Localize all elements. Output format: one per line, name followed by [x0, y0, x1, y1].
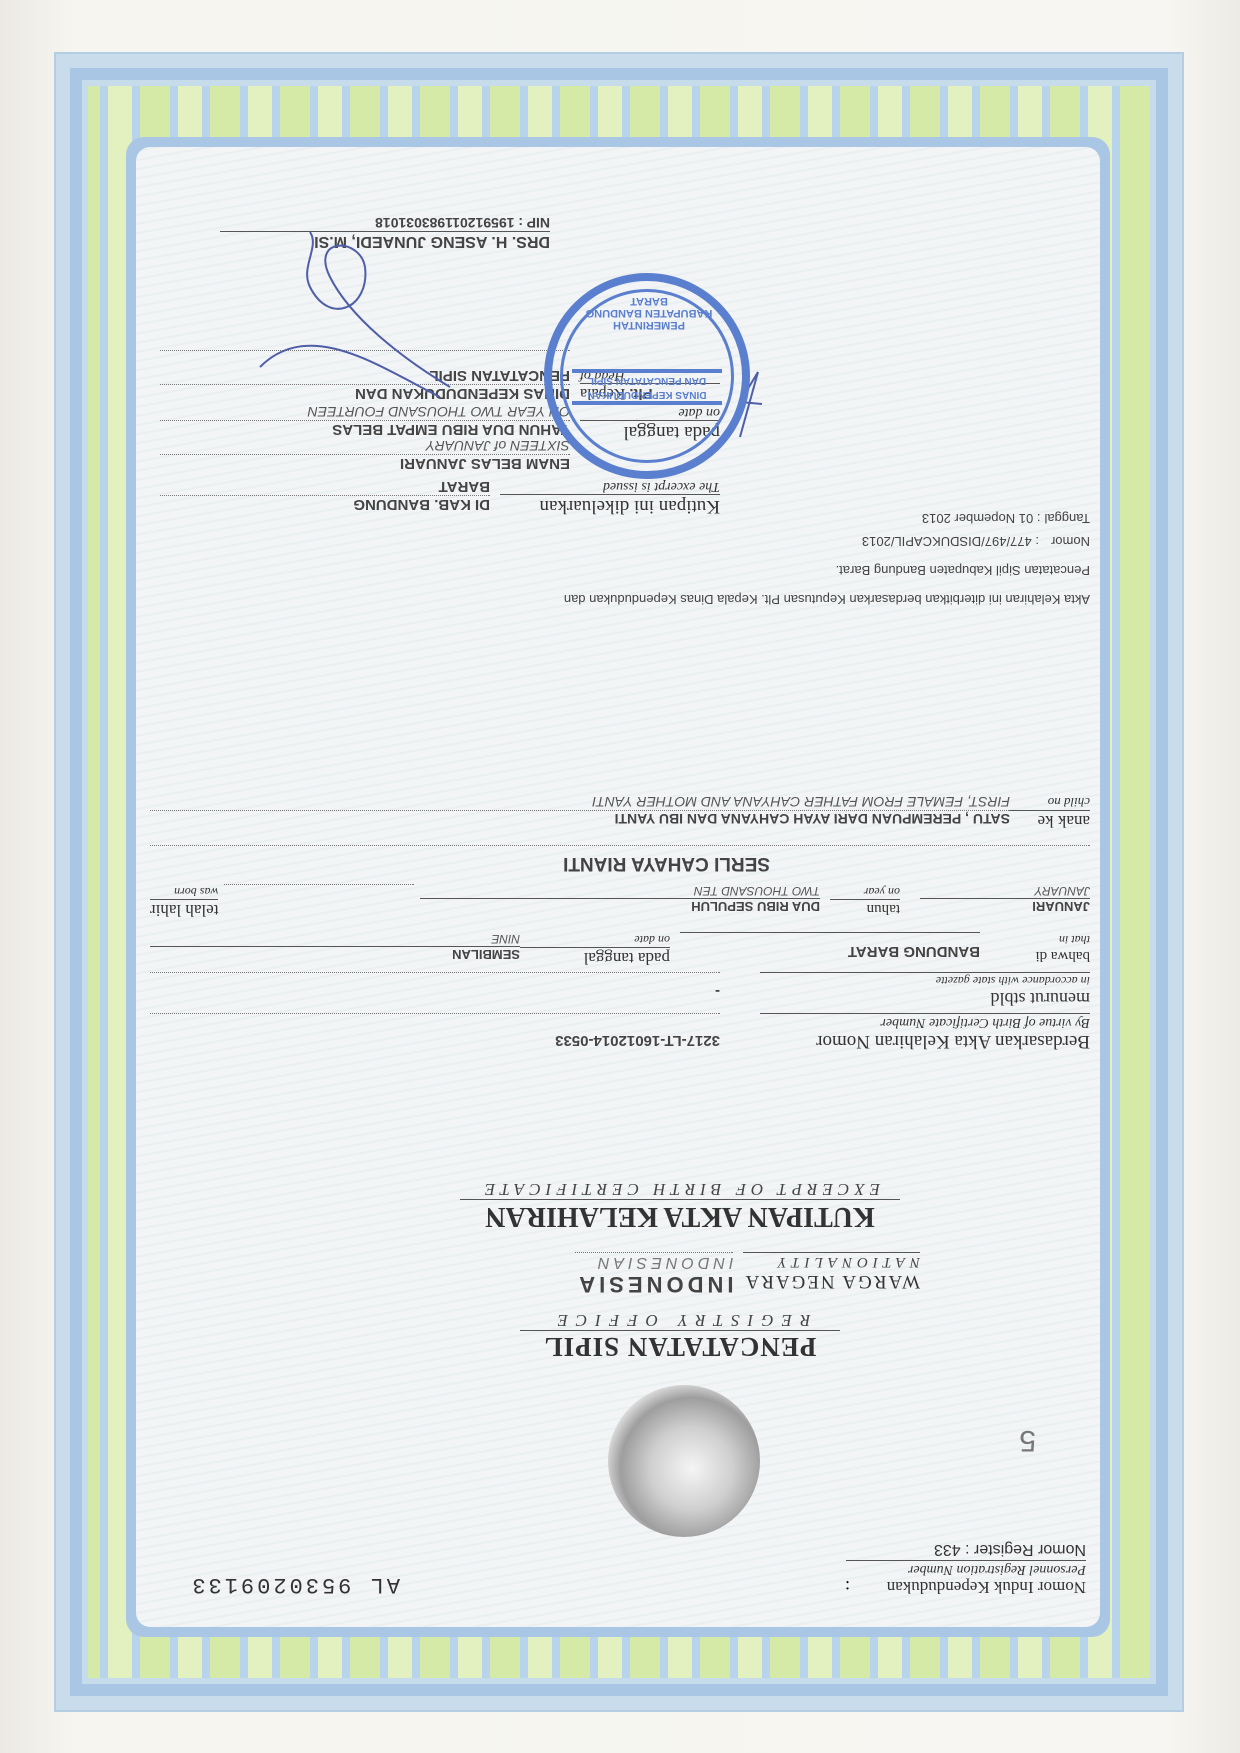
tanggal-label: Tanggal	[1044, 511, 1090, 526]
stamp-center: DINAS KEPENDUDUKAN DAN PENCATATAN SIPIL	[572, 369, 722, 405]
nationality-label: WARGA NEGARA	[743, 1270, 920, 1292]
year-label-en: on year	[830, 884, 900, 900]
serial-number: AL 9530209133	[189, 1572, 400, 1597]
basis-label-en: By virtue of Birth Certificate Number	[760, 1013, 1090, 1030]
born-label: telah lahir	[150, 900, 218, 920]
certificate-page: Nomor Induk Kependudukan Personnel Regis…	[0, 0, 1240, 1752]
decree-number-row: Nomor : 477/497/DISDUKCAPIL/2013	[150, 534, 1090, 549]
basis-row: Berdasarkan Akta Kelahiran Nomor By virt…	[150, 1013, 1090, 1052]
gazette-label: menurut stbld	[720, 988, 1090, 1009]
child-details-en: FIRST, FEMALE FROM FATHER CAHYANA AND MO…	[150, 794, 1010, 810]
handwritten-mark: 5	[1019, 1423, 1036, 1457]
place-label: bahwa di	[980, 947, 1090, 964]
register-number: Nomor Register : 433	[846, 1540, 1086, 1558]
certificate-body: Berdasarkan Akta Kelahiran Nomor By virt…	[150, 794, 1090, 1052]
child-name: SERLI CAHAYA RIANTI	[150, 845, 1090, 874]
year-label: tahun	[830, 900, 900, 917]
gazette-value: -	[150, 972, 720, 1000]
place-label-en: that in	[980, 932, 1090, 947]
country-name: INDONESIA	[575, 1271, 733, 1297]
child-no-row: anak ke child no SATU , PEREMPUAN DARI A…	[150, 794, 1090, 831]
born-label-en: was born	[150, 884, 218, 900]
nationality-block: WARGA NEGARA NATIONALITY INDONESIA INDON…	[440, 1252, 920, 1297]
nationality-label-en: NATIONALITY	[743, 1252, 920, 1270]
month-year-row: JANUARI JANUARY tahun on year DUA RIBU S…	[150, 884, 1090, 920]
birth-month: JANUARI	[920, 898, 1090, 914]
birth-year: DUA RIBU SEPULUH	[420, 898, 820, 914]
nik-label-en: Personnel Registration Number	[846, 1560, 1086, 1577]
certificate-content: Nomor Induk Kependudukan Personnel Regis…	[136, 147, 1100, 1627]
title-block: KUTIPAN AKTA KELAHIRAN EXCERPT OF BIRTH …	[460, 1179, 900, 1232]
birth-year-en: TWO THOUSAND TEN	[420, 884, 820, 898]
gazette-label-en: in accordance with state gazette	[760, 972, 1090, 988]
header-block: PENCATATAN SIPIL REGISTRY OFFICE	[520, 1310, 840, 1362]
signature	[240, 227, 460, 427]
child-details: SATU , PEREMPUAN DARI AYAH CAHYANA DAN I…	[150, 810, 1010, 827]
issued-date: ENAM BELAS JANUARI	[160, 454, 570, 472]
birth-month-en: JANUARY	[920, 884, 1090, 898]
document-title: KUTIPAN AKTA KELAHIRAN	[460, 1200, 900, 1232]
office-title: PENCATATAN SIPIL	[520, 1331, 840, 1362]
birth-day-en: NINE	[150, 932, 520, 946]
nomor-value: : 477/497/DISDUKCAPIL/2013	[862, 534, 1039, 549]
nik-label: Nomor Induk Kependudukan	[846, 1577, 1086, 1597]
basis-label: Berdasarkan Akta Kelahiran Nomor	[720, 1030, 1090, 1052]
birth-place: BANDUNG BARAT	[680, 932, 980, 960]
decree-line-1: Akta Kelahiran ini diterbitkan berdasark…	[150, 592, 1090, 607]
nationality-value: INDONESIAN	[575, 1252, 733, 1271]
birth-day: SEMBILAN	[150, 946, 520, 962]
place-date-row: bahwa di that in BANDUNG BARAT pada tang…	[150, 932, 1090, 968]
personal-registration-block: Nomor Induk Kependudukan Personnel Regis…	[846, 1540, 1086, 1597]
child-no-label-en: child no	[1010, 794, 1090, 811]
office-title-en: REGISTRY OFFICE	[520, 1310, 840, 1331]
decree-line-2: Pencatatan Sipil Kabupaten Bandung Barat…	[150, 563, 1090, 578]
nomor-label: Nomor	[1051, 534, 1090, 549]
stamp-ring-text: PEMERINTAH KABUPATEN BANDUNG BARAT	[584, 295, 714, 331]
child-no-label: anak ke	[1010, 811, 1090, 831]
date-label-en: on date	[520, 932, 670, 948]
official-stamp: DINAS KEPENDUDUKAN DAN PENCATATAN SIPIL …	[544, 273, 750, 479]
issued-date-en: SIXTEEN of JANUARY	[160, 438, 570, 454]
issued-place-2: BARAT	[160, 478, 490, 495]
issued-place: DI KAB. BANDUNG	[160, 495, 490, 513]
document-title-en: EXCERPT OF BIRTH CERTIFICATE	[460, 1179, 900, 1200]
nik-colon: :	[845, 1576, 850, 1597]
issuance-block: Akta Kelahiran ini diterbitkan berdasark…	[150, 511, 1090, 607]
gazette-row: menurut stbld in accordance with state g…	[150, 972, 1090, 1009]
tanggal-value: : 01 Nopember 2013	[922, 511, 1041, 526]
certificate-number: 3217-LT-16012014-0533	[150, 1013, 720, 1049]
issued-label: Kutipan ini dikeluarkan	[500, 495, 720, 517]
hologram-seal	[608, 1385, 760, 1537]
date-label: pada tanggal	[520, 948, 670, 968]
issued-label-en: The excerpt is issued	[500, 478, 720, 495]
